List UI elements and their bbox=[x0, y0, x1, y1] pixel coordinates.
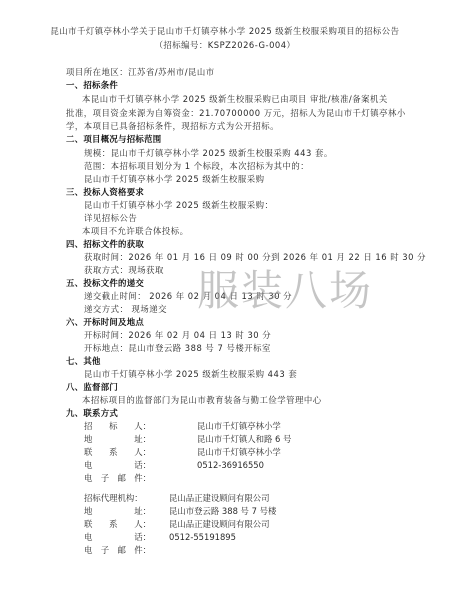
agency-email-row: 电 子 邮 件： bbox=[84, 545, 169, 556]
section-heading-8: 八、监督部门 bbox=[66, 382, 118, 393]
document-subtitle: （招标编号：KSPZ2026-G-004） bbox=[0, 40, 450, 51]
tenderer-email-row: 电 子 邮 件： bbox=[84, 473, 197, 484]
section-3-line-4: 本项目不允许联合体投标。 bbox=[82, 226, 189, 237]
agency-contact-value: 昆山品正建设顾问有限公司 bbox=[169, 519, 270, 529]
section-1-line-3: 学，本项目已具备招标条件，现招标方式为公开招标。 bbox=[66, 121, 279, 132]
section-heading-3: 三、投标人资格要求 bbox=[66, 187, 144, 198]
section-heading-9: 九、联系方式 bbox=[66, 408, 118, 419]
agency-contact-row: 联 系 人：昆山品正建设顾问有限公司 bbox=[84, 519, 270, 530]
tenderer-address-value: 昆山市千灯镇人和路 6 号 bbox=[197, 434, 291, 444]
section-heading-4: 四、招标文件的获取 bbox=[66, 239, 144, 250]
section-heading-6: 六、开标时间及地点 bbox=[66, 317, 144, 328]
project-region: 项目所在地区：江苏省/苏州市/昆山市 bbox=[66, 67, 215, 78]
tenderer-name-value: 昆山市千灯镇亭林小学 bbox=[197, 421, 281, 431]
agency-address-value: 昆山市登云路 388 号 7 号楼 bbox=[169, 506, 276, 516]
section-heading-7: 七、其他 bbox=[66, 356, 101, 367]
agency-name-value: 昆山品正建设顾问有限公司 bbox=[169, 493, 270, 503]
section-8-line-1: 本招标项目的监督部门为昆山市教育装备与勤工俭学管理中心 bbox=[82, 395, 322, 406]
section-heading-2: 二、项目概况与招标范围 bbox=[66, 134, 161, 145]
section-1-line-2: 批准，项目资金来源为自筹资金：21.70700000 万元，招标人为昆山市千灯镇… bbox=[66, 108, 406, 119]
tenderer-contact-label: 联 系 人： bbox=[84, 447, 197, 458]
agency-address-label: 地 址： bbox=[84, 506, 169, 517]
tenderer-contact-value: 昆山市千灯镇亭林小学 bbox=[197, 447, 281, 457]
agency-phone-label: 电 话： bbox=[84, 532, 169, 543]
tenderer-email-label: 电 子 邮 件： bbox=[84, 473, 197, 484]
tenderer-phone-label: 电 话： bbox=[84, 460, 197, 471]
tenderer-contact-row: 联 系 人：昆山市千灯镇亭林小学 bbox=[84, 447, 281, 458]
document-title: 昆山市千灯镇亭林小学关于昆山市千灯镇亭林小学 2025 级新生校服采购项目的招标… bbox=[0, 26, 450, 37]
agency-contact-label: 联 系 人： bbox=[84, 519, 169, 530]
section-5-line-2: 递交方式： 现场递交 bbox=[84, 304, 167, 315]
section-6-line-1: 开标时间：2026 年 02 月 04 日 13 时 30 分 bbox=[84, 330, 271, 341]
section-2-line-1: 规模：昆山市千灯镇亭林小学 2025 级新生校服采购 443 套。 bbox=[84, 148, 333, 159]
tender-announcement-page: 昆山市千灯镇亭林小学关于昆山市千灯镇亭林小学 2025 级新生校服采购项目的招标… bbox=[0, 0, 450, 600]
section-2-line-2: 范围：本招标项目划分为 1 个标段，本次招标为其中的： bbox=[84, 161, 309, 172]
tenderer-name-row: 招 标 人：昆山市千灯镇亭林小学 bbox=[84, 421, 281, 432]
section-3-note: 本项目不允许联合体投标。 bbox=[82, 226, 189, 236]
section-2-line-3: 昆山市千灯镇亭林小学 2025 级新生校服采购 bbox=[84, 174, 265, 185]
section-heading-5: 五、投标文件的递交 bbox=[66, 278, 144, 289]
tenderer-address-label: 地 址： bbox=[84, 434, 197, 445]
agency-phone-value: 0512-55191895 bbox=[169, 532, 236, 542]
section-heading-1: 一、招标条件 bbox=[66, 80, 118, 91]
tenderer-name-label: 招 标 人： bbox=[84, 421, 197, 432]
tenderer-phone-row: 电 话：0512-36916550 bbox=[84, 460, 264, 471]
agency-address-row: 地 址：昆山市登云路 388 号 7 号楼 bbox=[84, 506, 276, 517]
agency-name-label: 招标代理机构： bbox=[84, 493, 169, 504]
section-4-line-2: 获取方式：现场获取 bbox=[84, 265, 164, 276]
tenderer-address-row: 地 址：昆山市千灯镇人和路 6 号 bbox=[84, 434, 291, 445]
agency-name-row: 招标代理机构：昆山品正建设顾问有限公司 bbox=[84, 493, 270, 504]
section-1-line-1: 本昆山市千灯镇亭林小学 2025 级新生校服采购已由项目 审批/核准/备案机关 bbox=[82, 94, 388, 105]
section-7-line-1: 昆山市千灯镇亭林小学 2025 级新生校服采购 443 套 bbox=[84, 369, 297, 380]
section-6-line-2: 开标地点：昆山市登云路 388 号 7 号楼开标室 bbox=[84, 343, 271, 354]
tenderer-phone-value: 0512-36916550 bbox=[197, 460, 264, 470]
agency-email-label: 电 子 邮 件： bbox=[84, 545, 169, 556]
section-4-line-1: 获取时间：2026 年 01 月 16 日 09 时 00 分到 2026 年 … bbox=[84, 252, 426, 263]
agency-phone-row: 电 话：0512-55191895 bbox=[84, 532, 236, 543]
section-3-line-1: 昆山市千灯镇亭林小学 2025 级新生校服采购： bbox=[84, 200, 273, 211]
section-3-line-2: 详见招标公告 bbox=[84, 213, 137, 224]
watermark: 服装八场 bbox=[197, 270, 373, 312]
